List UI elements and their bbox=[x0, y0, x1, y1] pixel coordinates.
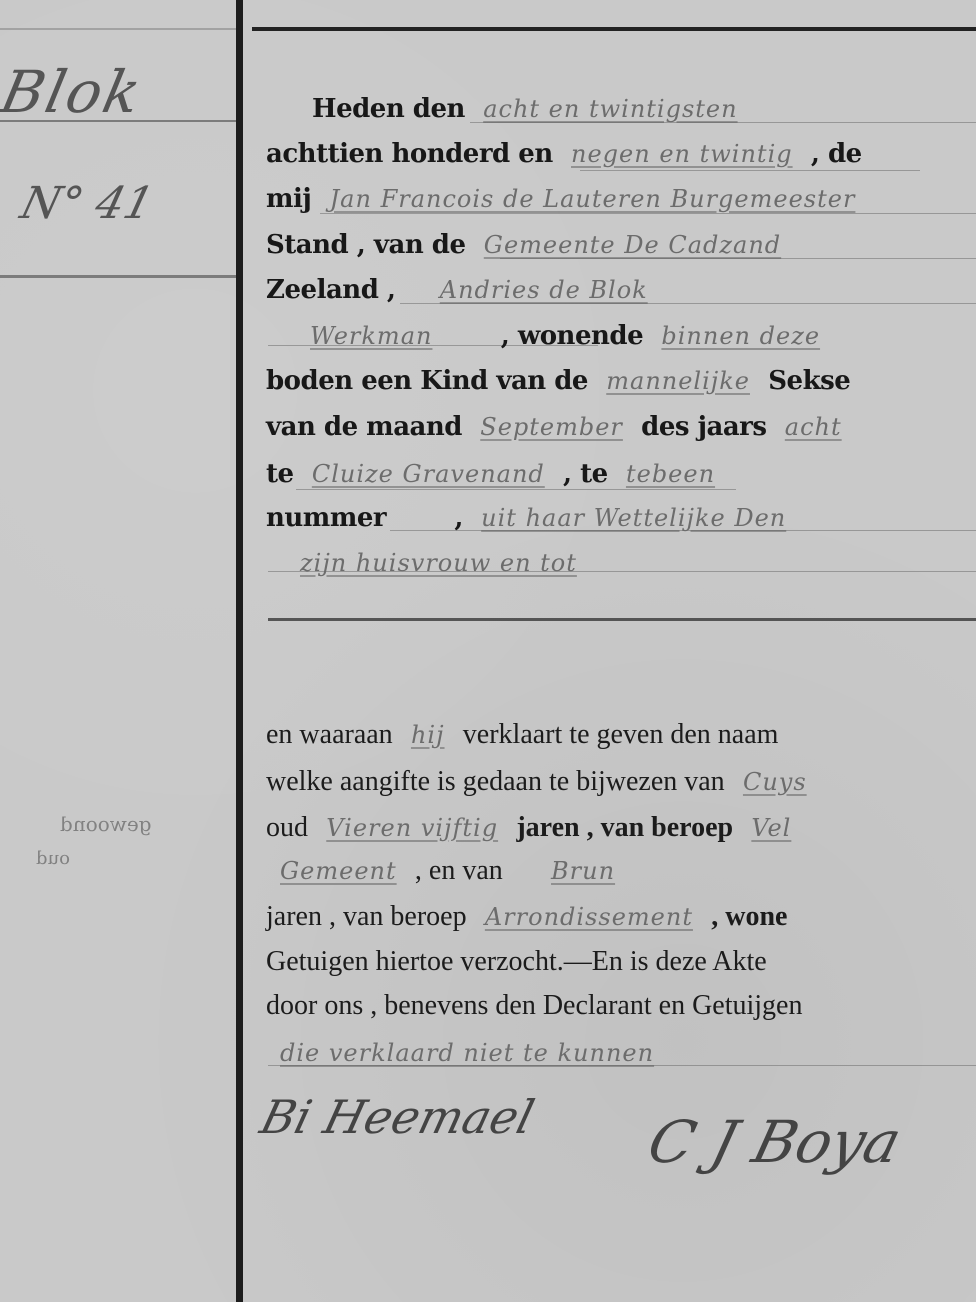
handwritten-entry: negen en twintig bbox=[571, 140, 793, 168]
margin-bleedthrough-text: gewoond bbox=[60, 812, 152, 836]
ruled-line bbox=[580, 170, 920, 171]
section-divider-rule bbox=[268, 618, 976, 621]
handwritten-entry: binnen deze bbox=[661, 322, 820, 350]
text-line: die verklaard niet te kunnen bbox=[270, 1038, 664, 1068]
margin-ruled-line bbox=[0, 275, 236, 278]
printed-text: Getuigen hiertoe verzocht.—En is deze Ak… bbox=[266, 946, 767, 977]
printed-text: te bbox=[266, 459, 294, 489]
printed-text: jaren , van beroep bbox=[516, 812, 733, 843]
handwritten-entry: Vel bbox=[751, 814, 791, 842]
printed-text: Stand , van de bbox=[266, 230, 466, 260]
handwritten-entry: Cluize Gravenand bbox=[312, 460, 545, 488]
printed-text: nummer bbox=[266, 503, 386, 533]
printed-text: , wonende bbox=[501, 321, 643, 351]
printed-text: mij bbox=[266, 184, 311, 214]
printed-text: Zeeland , bbox=[266, 275, 395, 305]
printed-text: van de maand bbox=[266, 412, 462, 442]
text-line: Gemeent , en van Brun bbox=[270, 856, 625, 886]
printed-text: Sekse bbox=[768, 366, 850, 396]
text-line: jaren , van beroep Arrondissement , wone bbox=[266, 902, 787, 932]
text-line: oud Vieren vijftig jaren , van beroep Ve… bbox=[266, 813, 801, 843]
printed-text: achttien honderd en bbox=[266, 139, 553, 169]
printed-text: jaren , van beroep bbox=[266, 901, 467, 932]
text-line: en waaraan hij verklaart te geven den na… bbox=[266, 720, 778, 750]
printed-text: en waaraan bbox=[266, 719, 393, 750]
handwritten-entry: die verklaard niet te kunnen bbox=[280, 1039, 654, 1067]
printed-text: oud bbox=[266, 812, 308, 843]
text-line: te Cluize Gravenand , te tebeen bbox=[266, 459, 725, 489]
text-line: zijn huisvrouw en tot bbox=[290, 548, 587, 578]
top-border-rule bbox=[252, 27, 976, 31]
handwritten-entry: Andries de Blok bbox=[440, 276, 648, 304]
printed-text: des jaars bbox=[641, 412, 766, 442]
text-line: mij Jan Francois de Lauteren Burgemeeste… bbox=[266, 184, 865, 214]
handwritten-entry: Gemeente De Cadzand bbox=[484, 231, 781, 259]
handwritten-entry: Vieren vijftig bbox=[326, 814, 498, 842]
text-line: door ons , benevens den Declarant en Get… bbox=[266, 991, 802, 1021]
handwritten-entry: tebeen bbox=[626, 460, 715, 488]
printed-text: , te bbox=[563, 459, 608, 489]
handwritten-entry: hij bbox=[411, 721, 445, 749]
text-line: Stand , van de Gemeente De Cadzand bbox=[266, 230, 791, 260]
handwritten-entry: uit haar Wettelijke Den bbox=[481, 504, 786, 532]
text-line: boden een Kind van de mannelijke Sekse bbox=[266, 366, 850, 396]
handwritten-entry: Brun bbox=[551, 857, 615, 885]
printed-text: , de bbox=[811, 139, 862, 169]
document-page: Blok N° 41 gewoond oud Heden den acht en… bbox=[0, 0, 976, 1302]
text-line: welke aangifte is gedaan te bijwezen van… bbox=[266, 767, 817, 797]
text-line: nummer , uit haar Wettelijke Den bbox=[266, 503, 796, 533]
ruled-line bbox=[296, 489, 736, 490]
text-line: Zeeland , Andries de Blok bbox=[266, 275, 658, 305]
handwritten-entry: Gemeent bbox=[280, 857, 397, 885]
printed-text: verklaart te geven den naam bbox=[463, 719, 779, 750]
margin-record-number: N° 41 bbox=[16, 178, 159, 229]
handwritten-entry: Werkman bbox=[310, 322, 432, 350]
printed-text: boden een Kind van de bbox=[266, 366, 588, 396]
margin-surname: Blok bbox=[0, 58, 148, 126]
margin-ruled-line bbox=[0, 28, 236, 30]
handwritten-entry: Arrondissement bbox=[485, 903, 693, 931]
handwritten-entry: zijn huisvrouw en tot bbox=[300, 549, 577, 577]
text-line: van de maand September des jaars acht bbox=[266, 412, 852, 442]
handwritten-entry: acht bbox=[785, 413, 842, 441]
printed-text: Heden den bbox=[312, 94, 465, 124]
printed-text: , bbox=[454, 503, 463, 533]
printed-text: , en van bbox=[415, 855, 503, 886]
official-signature: C J Boya bbox=[642, 1108, 908, 1176]
handwritten-entry: mannelijke bbox=[606, 367, 750, 395]
margin-divider-rule bbox=[236, 0, 243, 1302]
witness-signature: Bi Heemael bbox=[255, 1090, 539, 1144]
text-line: achttien honderd en negen en twintig , d… bbox=[266, 139, 862, 169]
margin-bleedthrough-text: oud bbox=[36, 848, 70, 869]
handwritten-entry: acht en twintigsten bbox=[483, 95, 737, 123]
handwritten-entry: September bbox=[480, 413, 623, 441]
printed-text: , wone bbox=[711, 901, 787, 932]
text-line: Getuigen hiertoe verzocht.—En is deze Ak… bbox=[266, 947, 767, 977]
printed-text: welke aangifte is gedaan te bijwezen van bbox=[266, 766, 725, 797]
handwritten-entry: Jan Francois de Lauteren Burgemeester bbox=[330, 185, 856, 213]
text-line: Werkman , wonende binnen deze bbox=[300, 321, 830, 351]
text-line: Heden den acht en twintigsten bbox=[312, 94, 748, 124]
printed-text: door ons , benevens den Declarant en Get… bbox=[266, 990, 802, 1021]
handwritten-entry: Cuys bbox=[743, 768, 807, 796]
